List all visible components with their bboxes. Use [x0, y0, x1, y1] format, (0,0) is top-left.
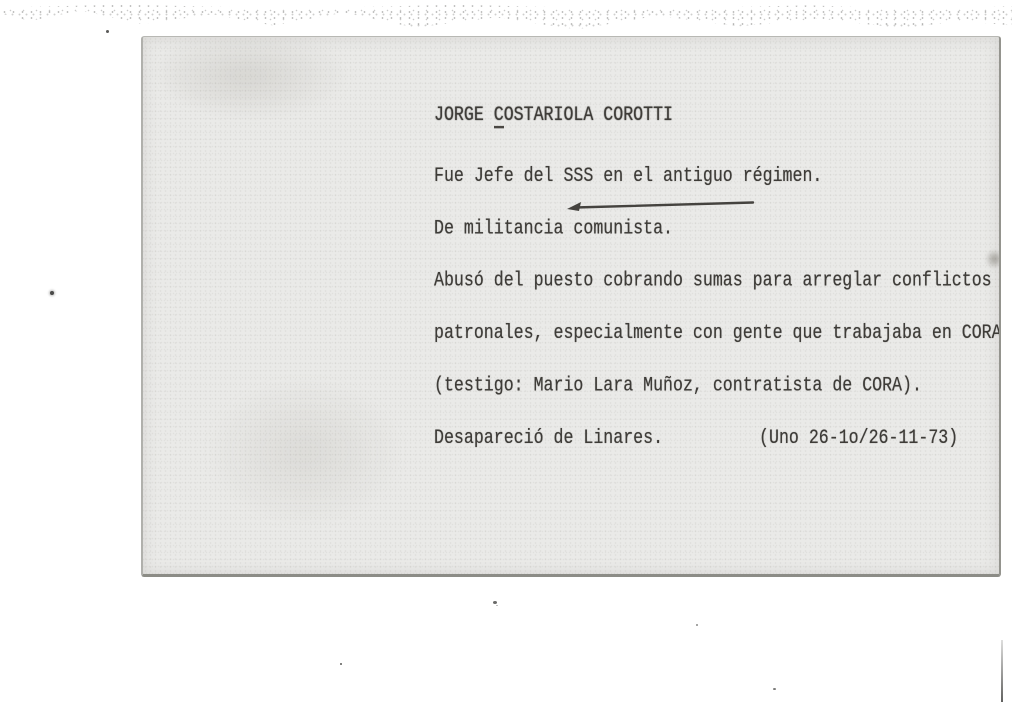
dust-speck	[696, 624, 698, 626]
footer-pre: Desapareció de	[434, 426, 583, 449]
paper-stain	[205, 377, 405, 527]
typed-line: patronales, especialmente con gente que …	[434, 325, 1001, 342]
title-rest: OSTARIOLA COROTTI	[504, 102, 673, 125]
dust-speck	[493, 601, 497, 604]
card-title: JORGE COSTARIOLA COROTTI	[434, 106, 1001, 123]
dust-speck	[340, 663, 342, 665]
ink-underline-arrow	[567, 196, 759, 214]
typed-line: Fue Jefe del SSS en el antiguo régimen.	[434, 168, 1001, 185]
index-card: JORGE COSTARIOLA COROTTI Fue Jefe del SS…	[141, 36, 1001, 577]
footer-line: Desapareció de Linares.(Uno 26-1o/26-11-…	[434, 430, 1001, 447]
scanned-page: JORGE COSTARIOLA COROTTI Fue Jefe del SS…	[0, 0, 1012, 717]
typed-line: Abusó del puesto cobrando sumas para arr…	[434, 273, 1001, 290]
footer-underlined-place: Linares.	[583, 426, 663, 449]
dust-speck	[773, 688, 776, 690]
typed-line: De militancia comunista.	[434, 220, 1001, 237]
scanner-noise-band	[0, 3, 1012, 33]
dust-speck	[106, 30, 109, 33]
typed-line: (testigo: Mario Lara Muñoz, contratista …	[434, 377, 1001, 394]
title-pre: JORGE	[434, 102, 494, 125]
typed-text-block: JORGE COSTARIOLA COROTTI Fue Jefe del SS…	[434, 71, 1001, 482]
scan-artifact-line	[1001, 640, 1003, 702]
footer-reference: (Uno 26-1o/26-11-73)	[759, 426, 958, 449]
dust-speck	[50, 291, 54, 295]
title-underlined-initial: C	[494, 102, 504, 128]
paper-stain	[161, 36, 351, 114]
